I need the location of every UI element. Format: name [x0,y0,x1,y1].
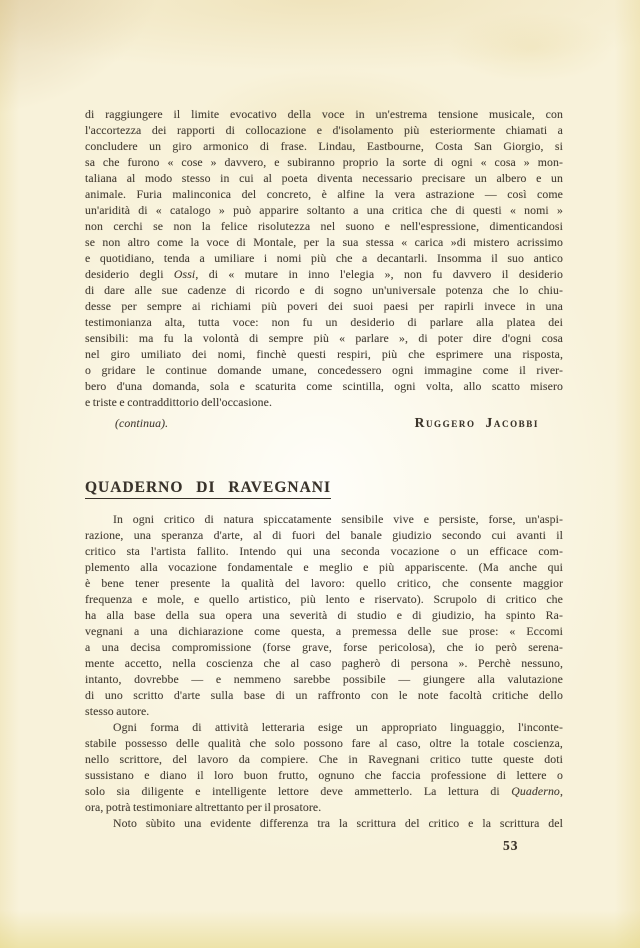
text-line: testimonianza alta, tutta voce: non fu u… [85,314,563,330]
text-line: è bene tener presente la qualità del lav… [85,575,563,591]
text-line: un'aridità di « catalogo » può apparire … [85,202,563,218]
text-line: solo sia diligente e intelligente lettor… [85,783,563,799]
section-heading-row: QUADERNO DI RAVEGNANI [85,480,563,499]
text-line: sa che furono « cose » davvero, e subira… [85,154,563,170]
text-line: In ogni critico di natura spiccatamente … [85,511,563,527]
text-line: e triste e contraddittorio dell'occasion… [85,394,563,410]
text-line: e quotidiano, tenda a umiliare i nomi pi… [85,250,563,266]
text-line: desiderio degli Ossi, di « mutare in inn… [85,266,563,282]
page-number: 53 [503,838,519,854]
section-heading: QUADERNO DI RAVEGNANI [85,480,331,499]
author-name: Ruggero Jacobbi [415,415,539,431]
text-line: nello scrittore, del lavoro da compiere.… [85,751,563,767]
text-line: bero d'una domanda, sola e scaturita com… [85,378,563,394]
text-line: a una decisa compromissione (forse grave… [85,639,563,655]
text-line: se non altro come la voce di Montale, pe… [85,234,563,250]
text-line: animale. Furia malinconica del concreto,… [85,186,563,202]
text-line: di dare alle sue cadenze di ricordo e di… [85,282,563,298]
text-line: frequenza e mole, e quello artistico, pi… [85,591,563,607]
continuation-note: (continua). [115,415,168,431]
article-signature-row: (continua). Ruggero Jacobbi [85,415,563,432]
text-line: plemento alla vocazione fondamentale e m… [85,559,563,575]
text-line: vegnani a una dichiarazione come questa,… [85,623,563,639]
text-line: ha alla base della sua opera una severit… [85,607,563,623]
text-line: non cerchi se non la felice risolutezza … [85,218,563,234]
text-line: critico sta l'artista fallito. Intendo q… [85,543,563,559]
scanned-book-page: di raggiungere il limite evocativo della… [0,0,640,948]
text-line: stesso autore. [85,703,563,719]
text-line: razione, una speranza d'arte, al di fuor… [85,527,563,543]
text-line: ora, potrà testimoniare altrettanto per … [85,799,563,815]
text-line: di raggiungere il limite evocativo della… [85,106,563,122]
article-closing-paragraph: di raggiungere il limite evocativo della… [85,106,563,410]
text-line: Ogni forma di attività letteraria esige … [85,719,563,735]
section-paragraph-3: Noto sùbito una evidente differenza tra … [85,815,563,831]
section-paragraph-1: In ogni critico di natura spiccatamente … [85,511,563,719]
text-line: stabile possesso delle qualità che solo … [85,735,563,751]
text-line: Noto sùbito una evidente differenza tra … [85,815,563,831]
text-line: o gridare le continue domande umane, con… [85,362,563,378]
text-line: l'accortezza dei rapporti di collocazion… [85,122,563,138]
text-line: concludere un giro armonico di frase. Li… [85,138,563,154]
text-block: di raggiungere il limite evocativo della… [85,106,563,831]
section-paragraph-2: Ogni forma di attività letteraria esige … [85,719,563,815]
text-line: taliana al modo stesso in cui al poeta d… [85,170,563,186]
text-line: mente accetto, nella coscienza che al ca… [85,655,563,671]
text-line: sussistano e diano il loro buon frutto, … [85,767,563,783]
text-line: desse per sempre ai richiami più poveri … [85,298,563,314]
text-line: nel giro umiliato dei nomi, finchè quest… [85,346,563,362]
text-line: sensibili: ma fu la volontà di sempre pi… [85,330,563,346]
text-line: intanto, dovrebbe — e nemmeno sarebbe po… [85,671,563,687]
text-line: di uno scritto d'arte sulla base di un r… [85,687,563,703]
